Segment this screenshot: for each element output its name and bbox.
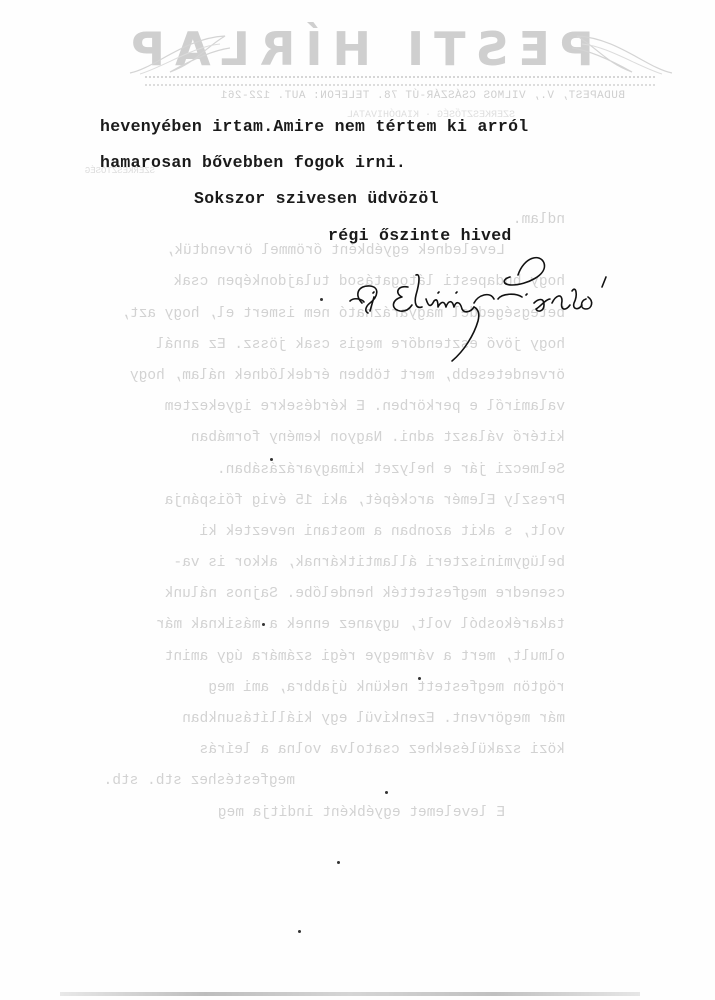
- letterhead-address: BUDAPEST, V., VILMOS CSÁSZÁR-ÚT 78. TELE…: [220, 90, 625, 102]
- bleed-line: közi szakülésekhez csatolva volna a leír…: [45, 735, 565, 766]
- letter-page: PESTI HÍRLAP BUDAPEST, V., VILMOS CSÁSZÁ…: [0, 0, 715, 1000]
- letter-closing-valediction: régi őszinte hived: [328, 226, 512, 245]
- bleed-line: csenedre megfestették hendelőbe. Sajnos …: [45, 579, 565, 610]
- scan-bottom-edge: [60, 992, 640, 996]
- handwritten-signature-icon: [340, 255, 630, 370]
- scan-speck: [320, 298, 323, 301]
- bleed-line: rögtön megfestett nekünk újabbra, ami me…: [45, 673, 565, 704]
- letterhead-rule: [145, 76, 655, 86]
- letter-line-1: hevenyében irtam.Amire nem tértem ki arr…: [100, 117, 528, 136]
- bleed-line: Selmeczi jár e helyzet kimagyarázásában.: [45, 455, 565, 486]
- bleed-line: már megörvent. Ezenkívül egy kiállításun…: [45, 704, 565, 735]
- bleed-line: valamiről e perkörben. E kérdésekre igye…: [45, 392, 565, 423]
- letterhead-ornament-icon: [567, 28, 677, 78]
- scan-speck: [385, 791, 388, 794]
- bleed-line: megfestéshez stb. stb.: [45, 766, 565, 797]
- scan-speck: [270, 458, 273, 461]
- scan-speck: [337, 861, 340, 864]
- scan-speck: [298, 930, 301, 933]
- bleed-line: belügyminiszteri államtitkárnak, akkor i…: [45, 548, 565, 579]
- bleed-line: takarékosból volt, ugyanez ennek a másik…: [45, 610, 565, 641]
- bleed-line: olmult, mert a vármegye régi számára úgy…: [45, 642, 565, 673]
- bleed-line: E levelemet egyébként indítja meg: [45, 798, 565, 829]
- bleed-line: kitérő választ adni. Nagyon kemény formá…: [45, 423, 565, 454]
- bleed-through-layer: PESTI HÍRLAP BUDAPEST, V., VILMOS CSÁSZÁ…: [0, 0, 715, 1000]
- letter-closing-greeting: Sokszor szivesen üdvözöl: [194, 189, 439, 208]
- bleed-line: volt, s akit azonban a mostani neveztek …: [45, 517, 565, 548]
- bleed-line: Preszly Elemér arcképét, aki 15 évig fői…: [45, 486, 565, 517]
- letter-line-2: hamarosan bővebben fogok irni.: [100, 153, 406, 172]
- scan-speck: [418, 677, 421, 680]
- letterhead-ornament-icon: [125, 28, 235, 78]
- scan-speck: [262, 623, 265, 626]
